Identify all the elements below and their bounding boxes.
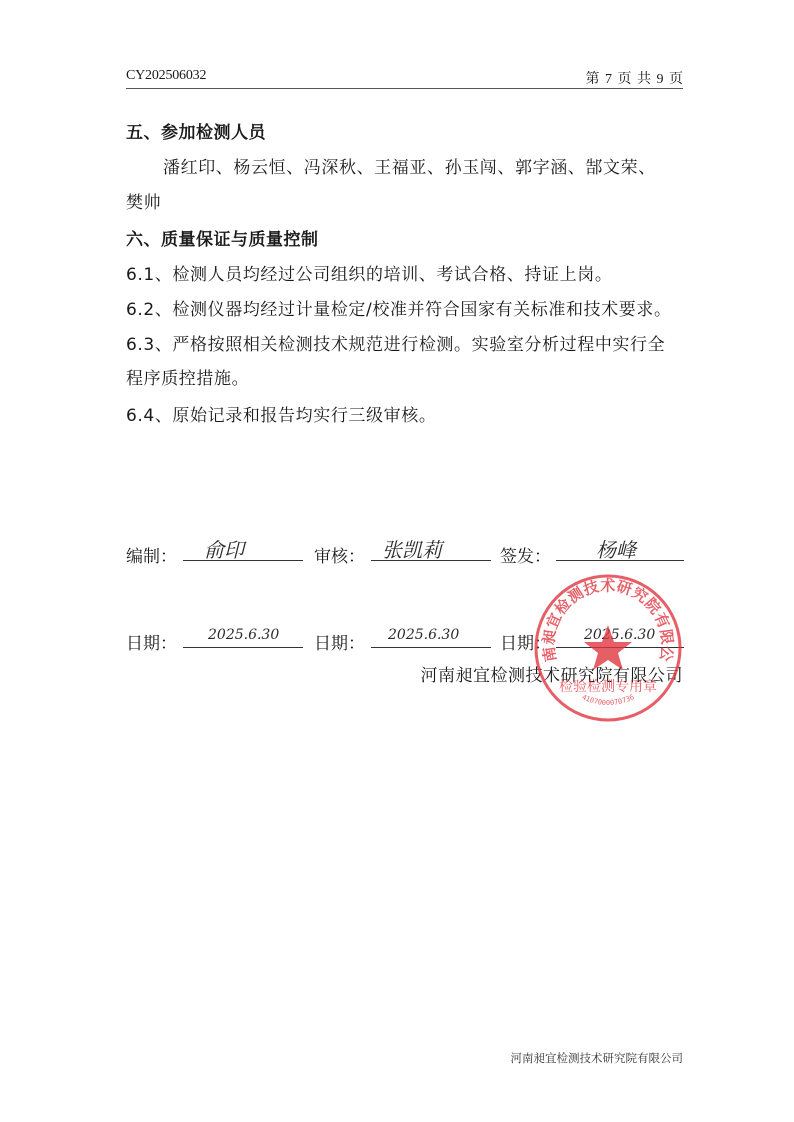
qc-item-6-1: 6.1、检测人员均经过公司组织的培训、考试合格、持证上岗。	[126, 260, 612, 285]
issued-signature: 杨峰	[596, 534, 636, 563]
qc-item-6-4: 6.4、原始记录和报告均实行三级审核。	[126, 401, 436, 426]
svg-text:检验检测专用章: 检验检测专用章	[559, 678, 657, 695]
qc-item-6-3: 6.3、严格按照相关检测技术规范进行检测。实验室分析过程中实行全	[126, 330, 665, 355]
page-indicator: 第 7 页 共 9 页	[586, 68, 684, 88]
reviewed-label: 审核：	[314, 542, 365, 567]
seal-icon: 河南昶宜检测技术研究院有限公司 检验检测专用章 4107000070736	[533, 573, 683, 723]
compiled-date: 2025.6.30	[208, 627, 279, 643]
staff-names-line-1: 潘红印、杨云恒、冯深秋、王福亚、孙玉闯、郭字涵、郜文荣、	[163, 153, 656, 178]
report-number: CY202506032	[126, 68, 206, 84]
page-header: CY202506032 第 7 页 共 9 页	[126, 68, 683, 89]
qc-item-6-2: 6.2、检测仪器均经过计量检定/校准并符合国家有关标准和技术要求。	[126, 295, 672, 320]
section-6-title: 六、质量保证与质量控制	[126, 225, 319, 250]
issued-label: 签发：	[500, 542, 551, 567]
compiled-date-label: 日期：	[126, 629, 177, 654]
reviewed-date-line	[371, 647, 491, 648]
reviewed-date-label: 日期：	[314, 629, 365, 654]
reviewed-date: 2025.6.30	[388, 627, 459, 643]
compiled-label: 编制：	[126, 542, 177, 567]
section-5-title: 五、参加检测人员	[126, 118, 266, 143]
reviewed-signature: 张凯莉	[382, 534, 442, 563]
compiled-signature: 俞印	[204, 534, 244, 563]
page-footer-company: 河南昶宜检测技术研究院有限公司	[511, 1050, 684, 1066]
signature-row: 编制： 俞印 审核： 张凯莉 签发： 杨峰	[126, 538, 686, 568]
official-seal-stamp: 河南昶宜检测技术研究院有限公司 检验检测专用章 4107000070736	[533, 573, 683, 723]
staff-names-line-2: 樊帅	[126, 188, 161, 213]
compiled-date-line	[183, 647, 303, 648]
svg-text:4107000070736: 4107000070736	[581, 693, 636, 707]
qc-item-6-3-continuation: 程序质控措施。	[126, 364, 249, 389]
